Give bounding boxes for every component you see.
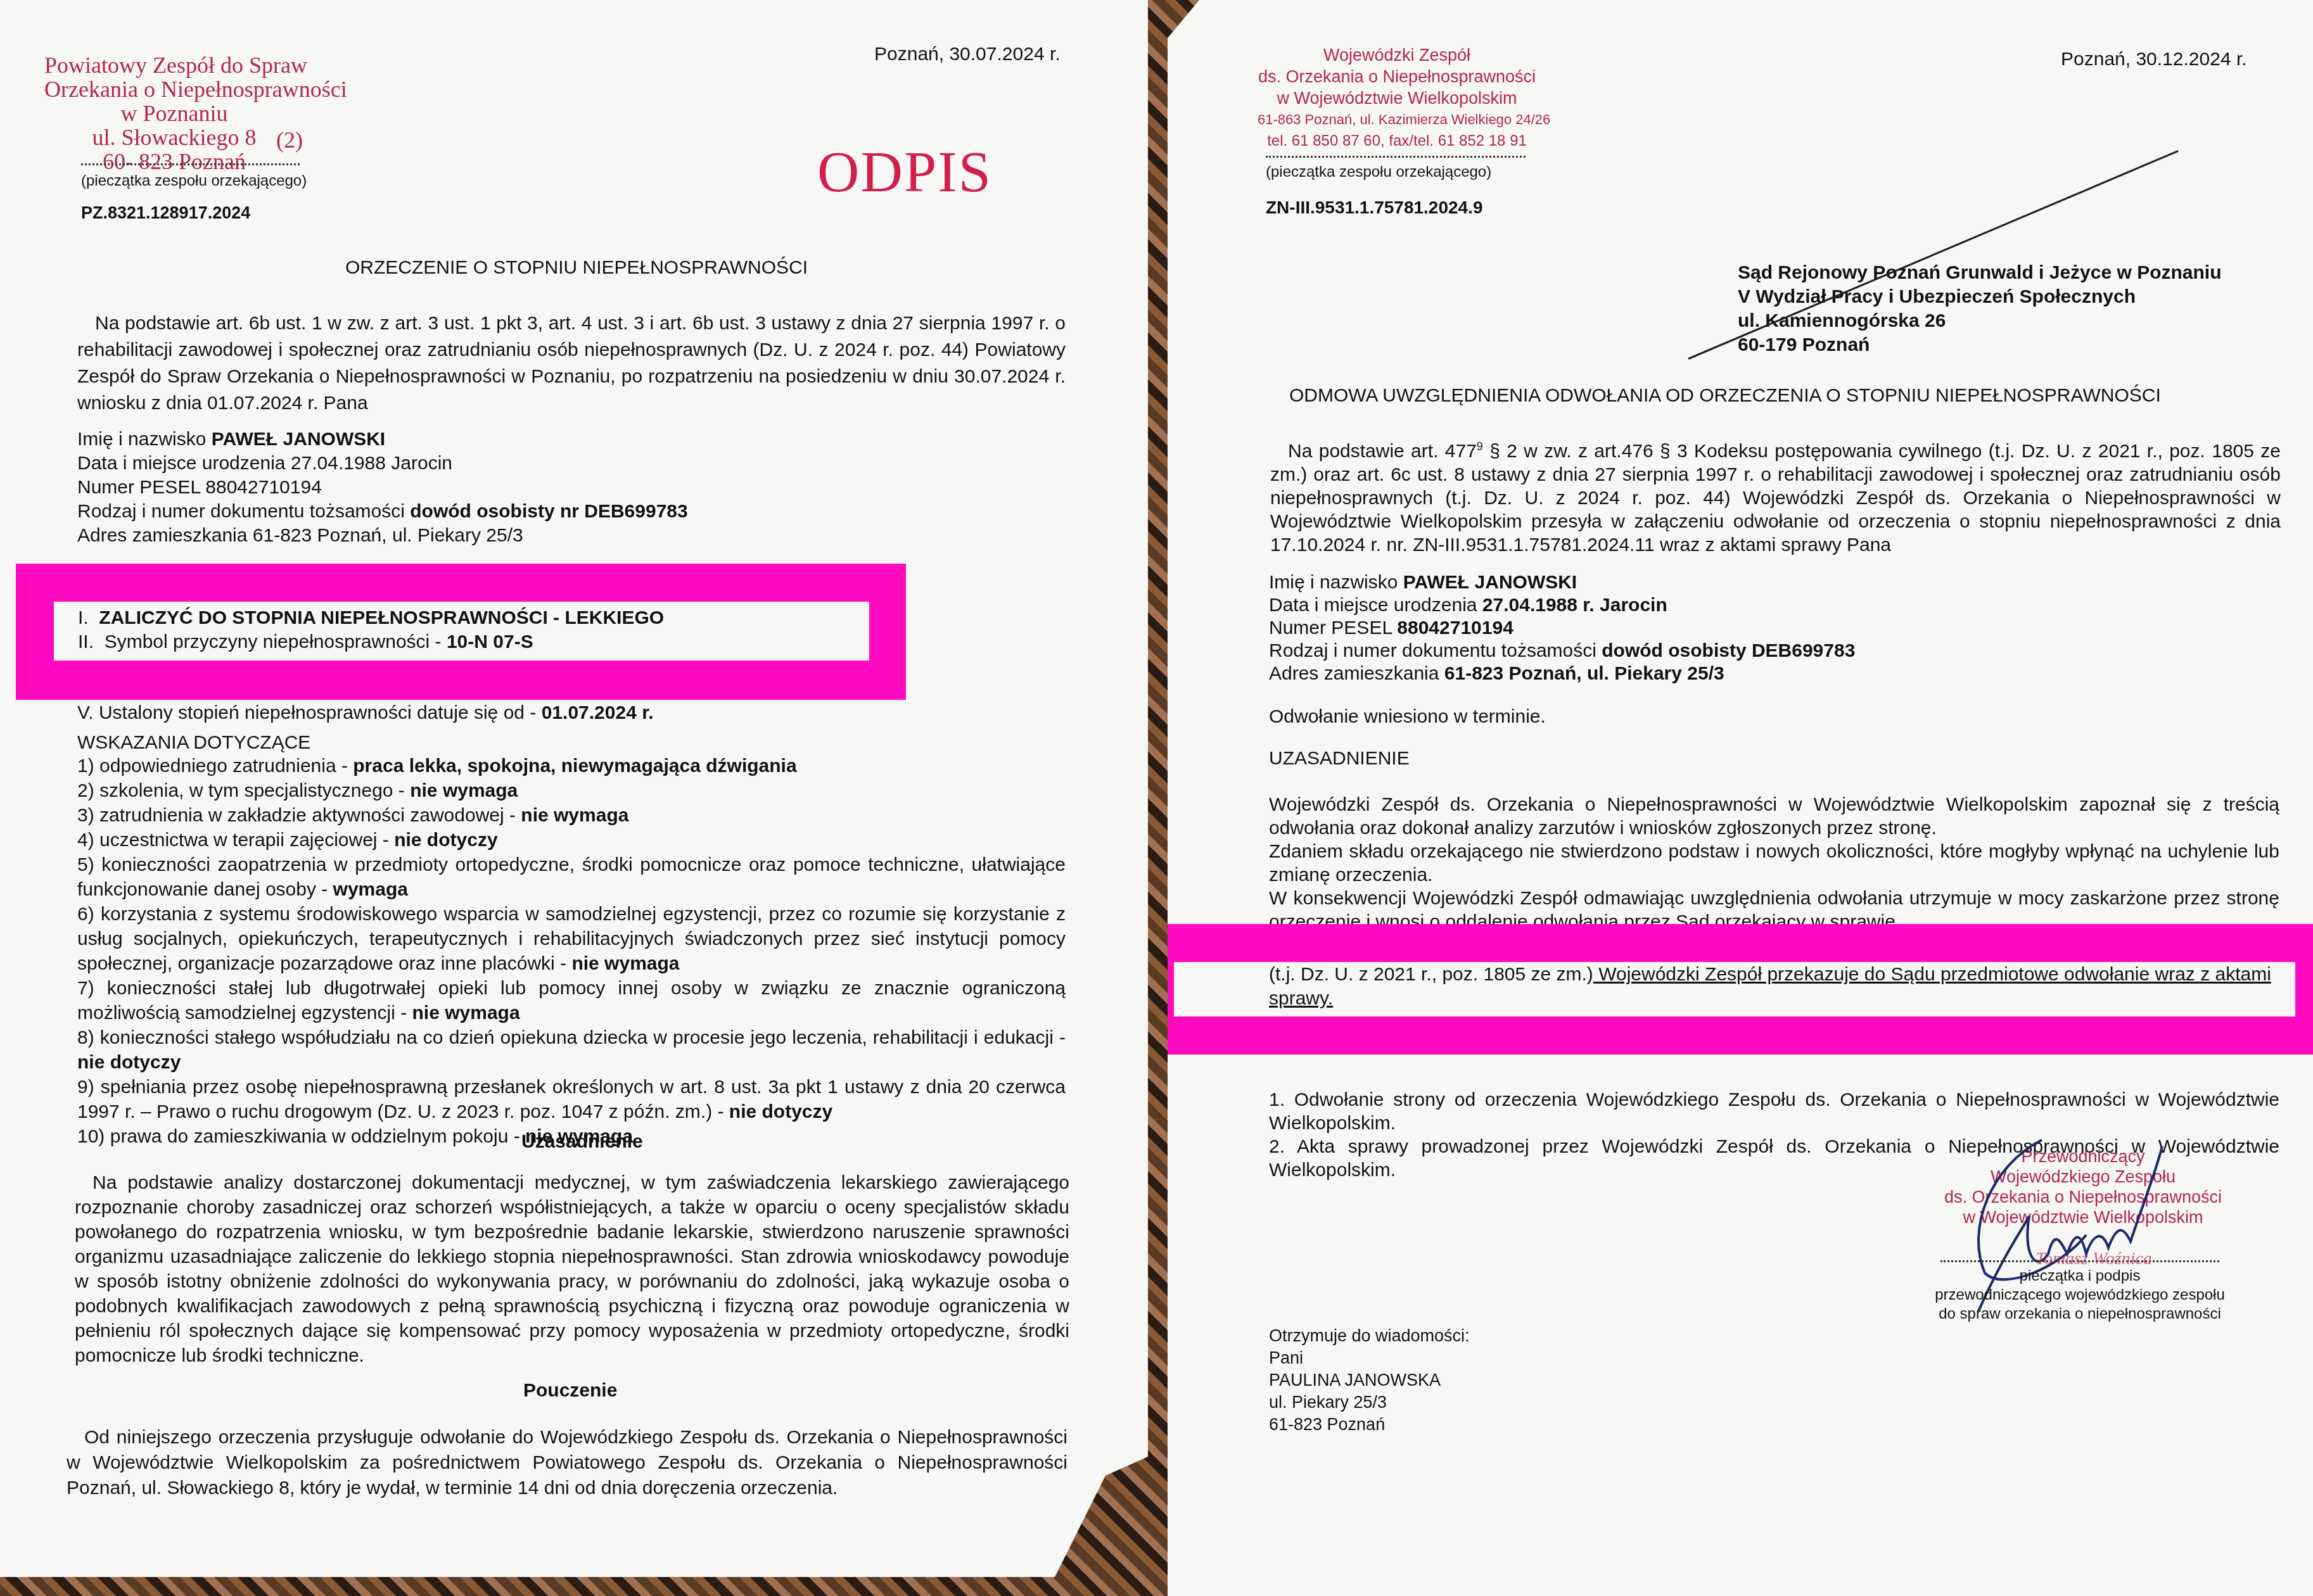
person-pesel: 88042710194 xyxy=(205,477,322,498)
indication-item: 5) konieczności zaopatrzenia w przedmiot… xyxy=(77,852,1066,902)
indication-item: 8) konieczności stałego współudziału na … xyxy=(77,1025,1066,1075)
cc-heading: Otrzymuje do wiadomości: xyxy=(1269,1325,1470,1347)
copy-number: (2) xyxy=(276,128,303,152)
person-details: Imię i nazwisko PAWEŁ JANOWSKI Data i mi… xyxy=(1269,571,1855,685)
decision-item-5: V. Ustalony stopień niepełnosprawności d… xyxy=(77,702,654,725)
person-address: 61-823 Poznań, ul. Piekary 25/3 xyxy=(1444,663,1724,684)
person-pesel-row: Numer PESEL 88042710194 xyxy=(77,476,688,500)
stamp-line: w Poznaniu xyxy=(44,101,304,125)
cc-recipient: Otrzymuje do wiadomości: Pani PAULINA JA… xyxy=(1269,1325,1470,1436)
issuer-stamp: Powiatowy Zespół do Spraw Orzekania o Ni… xyxy=(44,53,304,174)
stamp-line: 61-863 Poznań, ul. Kazimierza Wielkiego … xyxy=(1258,109,1536,130)
person-name: PAWEŁ JANOWSKI xyxy=(1403,572,1577,593)
person-name-row: Imię i nazwisko PAWEŁ JANOWSKI xyxy=(77,427,688,452)
indication-item: 7) konieczności stałej lub długotrwałej … xyxy=(77,976,1066,1025)
intro-paragraph: Na podstawie art. 6b ust. 1 w zw. z art.… xyxy=(77,310,1066,417)
stamp-line: tel. 61 850 87 60, fax/tel. 61 852 18 91 xyxy=(1258,130,1536,152)
stamp-dotted-line xyxy=(81,163,300,165)
person-address-row: Adres zamieszkania 61-823 Poznań, ul. Pi… xyxy=(1269,662,1855,685)
person-pesel: 88042710194 xyxy=(1397,617,1513,638)
stamp-line: Powiatowy Zespół do Spraw xyxy=(44,53,304,77)
justification-paragraph: Na podstawie analizy dostarczonej dokume… xyxy=(75,1170,1069,1368)
case-number: ZN-III.9531.1.75781.2024.9 xyxy=(1266,196,1482,219)
decision-item-2: II. Symbol przyczyny niepełnosprawności … xyxy=(78,631,533,654)
transfer-statement-line-2: sprawy. xyxy=(1269,987,1333,1010)
case-number: PZ.8321.128917.2024 xyxy=(81,201,250,224)
person-details: Imię i nazwisko PAWEŁ JANOWSKI Data i mi… xyxy=(77,427,688,548)
appeal-status: Odwołanie wniesiono w terminie. xyxy=(1269,706,1546,728)
person-birth-row: Data i miejsce urodzenia 27.04.1988 r. J… xyxy=(1269,594,1855,617)
indication-item: 3) zatrudnienia w zakładzie aktywności z… xyxy=(77,803,1066,828)
document-title: ODMOWA UWZGLĘDNIENIA ODWOŁANIA OD ORZECZ… xyxy=(1289,384,2161,407)
person-pesel-row: Numer PESEL 88042710194 xyxy=(1269,617,1855,640)
person-id-row: Rodzaj i numer dokumentu tożsamości dowó… xyxy=(1269,640,1855,662)
justification-paragraph: Wojewódzki Zespół ds. Orzekania o Niepeł… xyxy=(1269,793,2279,840)
signature-caption: pieczątka i podpis przewodniczącego woje… xyxy=(1928,1267,2232,1324)
person-address-row: Adres zamieszkania 61-823 Poznań, ul. Pi… xyxy=(77,524,688,548)
highlight-content: (t.j. Dz. U. z 2021 r., poz. 1805 ze zm.… xyxy=(1174,962,2295,1016)
odpis-stamp: ODPIS xyxy=(817,138,992,205)
transfer-statement-line-1: (t.j. Dz. U. z 2021 r., poz. 1805 ze zm.… xyxy=(1269,963,2271,986)
stamp-dotted-line xyxy=(1266,156,1526,158)
person-id: dowód osobisty nr DEB699783 xyxy=(410,501,687,522)
highlight-content: I. ZALICZYĆ DO STOPNIA NIEPEŁNOSPRAWNOŚC… xyxy=(54,602,869,661)
stamp-line: Wojewódzki Zespół xyxy=(1258,44,1536,66)
appeal-refusal-page: Wojewódzki Zespół ds. Orzekania o Niepeł… xyxy=(1168,0,2313,1596)
stamp-line: w Województwie Wielkopolskim xyxy=(1258,87,1536,109)
person-id: dowód osobisty DEB699783 xyxy=(1602,640,1855,661)
document-date: Poznań, 30.12.2024 r. xyxy=(2061,48,2247,71)
person-address: 61-823 Poznań, ul. Piekary 25/3 xyxy=(253,525,523,546)
justification-heading: Uzasadnienie xyxy=(521,1130,643,1153)
justification-paragraph: Zdaniem składu orzekającego nie stwierdz… xyxy=(1269,840,2279,887)
indications-list: 1) odpowiedniego zatrudnienia - praca le… xyxy=(77,754,1066,1149)
person-birth: 27.04.1988 r. Jarocin xyxy=(1482,595,1667,616)
person-name: PAWEŁ JANOWSKI xyxy=(212,429,385,450)
indications-heading: WSKAZANIA DOTYCZĄCE xyxy=(77,731,310,754)
person-birth: 27.04.1988 Jarocin xyxy=(291,453,452,474)
stamp-caption: (pieczątka zespołu orzekającego) xyxy=(1266,161,1491,184)
justification-text: Wojewódzki Zespół ds. Orzekania o Niepeł… xyxy=(1269,793,2279,934)
indication-item: 9) spełniania przez osobę niepełnosprawn… xyxy=(77,1075,1066,1124)
person-birth-row: Data i miejsce urodzenia 27.04.1988 Jaro… xyxy=(77,452,688,476)
decision-item-1: I. ZALICZYĆ DO STOPNIA NIEPEŁNOSPRAWNOŚC… xyxy=(78,607,664,630)
issuer-stamp: Wojewódzki Zespół ds. Orzekania o Niepeł… xyxy=(1258,44,1536,152)
stamp-line: ds. Orzekania o Niepełnosprawności xyxy=(1258,66,1536,87)
justification-heading: UZASADNIENIE xyxy=(1269,747,1410,770)
indication-item: 6) korzystania z systemu środowiskowego … xyxy=(77,902,1066,976)
instruction-paragraph: Od niniejszego orzeczenia przysługuje od… xyxy=(67,1425,1067,1501)
person-id-row: Rodzaj i numer dokumentu tożsamości dowó… xyxy=(77,500,688,524)
stamp-line: Orzekania o Niepełnosprawności xyxy=(44,77,304,101)
stamp-caption: (pieczątka zespołu orzekającego) xyxy=(81,170,307,193)
disability-certificate-page: Powiatowy Zespół do Spraw Orzekania o Ni… xyxy=(0,0,1148,1596)
stamp-line: ul. Słowackiego 8 xyxy=(44,125,304,149)
recipient-court-address: Sąd Rejonowy Poznań Grunwald i Jeżyce w … xyxy=(1738,261,2221,357)
document-title: ORZECZENIE O STOPNIU NIEPEŁNOSPRAWNOŚCI xyxy=(345,256,808,279)
indication-item: 2) szkolenia, w tym specjalistycznego - … xyxy=(77,778,1066,803)
person-name-row: Imię i nazwisko PAWEŁ JANOWSKI xyxy=(1269,571,1855,594)
instruction-heading: Pouczenie xyxy=(523,1379,617,1402)
document-date: Poznań, 30.07.2024 r. xyxy=(874,43,1061,66)
indication-item: 4) uczestnictwa w terapii zajęciowej - n… xyxy=(77,828,1066,852)
intro-paragraph: Na podstawie art. 4779 § 2 w zw. z art.4… xyxy=(1270,435,2281,557)
indication-item: 1) odpowiedniego zatrudnienia - praca le… xyxy=(77,754,1066,778)
